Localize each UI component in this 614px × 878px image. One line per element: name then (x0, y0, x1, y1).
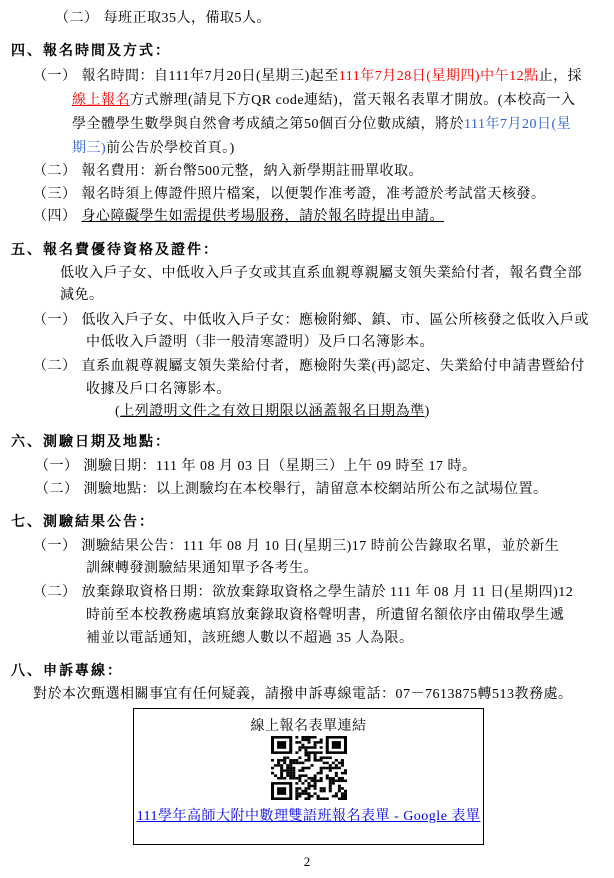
announce-date-blue-text: 期三) (72, 141, 106, 156)
online-form-box: 線上報名表單連結 111學年高師大附中數理雙語班報名表單 - Google 表單 (133, 708, 484, 845)
section-4-item-3: （三）報名時須上傳證件照片檔案，以便製作准考證，准考證於考試當天核發。 (33, 186, 546, 203)
online-form-box-title: 線上報名表單連結 (134, 715, 483, 735)
section-5-intro-line-2: 減免。 (60, 287, 104, 304)
item-text: 測驗結果公告：111 年 08 月 10 日(星期三)17 時前公告錄取名單，並… (82, 539, 560, 554)
item-text: 測驗日期：111 年 08 月 03 日（星期三）上午 09 時至 17 時。 (84, 459, 477, 474)
section-7-item-2-line-1: （二）放棄錄取資格日期：欲放棄錄取資格之學生請於 111 年 08 月 11 日… (33, 584, 573, 601)
item-label: （二） (55, 11, 99, 26)
note-text-underlined: 上列證明文件之有效日期限以涵蓋報名日期為準 (120, 404, 425, 419)
item-label: （一） (33, 539, 77, 554)
item-text: 報名時間：自111年7月20日(星期三)起至 (82, 69, 339, 84)
page-number: 2 (0, 854, 614, 870)
section-7-item-1-line-2: 訓練轉發測驗結果通知單予各考生。 (86, 560, 318, 577)
item-text: 放棄錄取資格日期：欲放棄錄取資格之學生請於 111 年 08 月 11 日(星期… (82, 585, 574, 600)
note-paren: ) (425, 404, 430, 419)
section-8-heading: 八、申訴專線： (11, 663, 123, 680)
item-label: （二） (33, 359, 77, 374)
item-text: 直系血親尊親屬支領失業給付者，應檢附失業(再)認定、失業給付申請書暨給付 (82, 359, 585, 374)
item-text: 學全體學生數學與自然會考成績之第50個百分位數成績，將於 (72, 117, 464, 132)
section-4-item-1-line-4: 期三)前公告於學校首頁。) (72, 140, 235, 157)
announce-date-blue-text: 111年7月20日(星 (464, 117, 571, 132)
item-text: 每班正取35人，備取5人。 (104, 11, 272, 26)
section-4-item-1-line-1: （一）報名時間：自111年7月20日(星期三)起至111年7月28日(星期四)中… (33, 68, 582, 85)
section-7-item-1-line-1: （一）測驗結果公告：111 年 08 月 10 日(星期三)17 時前公告錄取名… (33, 538, 559, 555)
section-6-item-2: （二）測驗地點：以上測驗均在本校舉行，請留意本校網站所公布之試場位置。 (35, 481, 548, 498)
item-text: 報名時須上傳證件照片檔案，以便製作准考證，准考證於考試當天核發。 (82, 187, 546, 202)
section-4-item-2: （二）報名費用：新台幣500元整，納入新學期註冊單收取。 (33, 163, 423, 180)
section-4-item-4: （四）身心障礙學生如需提供考場服務，請於報名時提出申請。 (33, 208, 444, 225)
section-6-heading: 六、測驗日期及地點： (11, 434, 171, 451)
section-5-item-1-line-1: （一）低收入戶子女、中低收入戶子女：應檢附鄉、鎮、市、區公所核發之低收入戶或 (33, 312, 589, 329)
section-5-item-2-line-2: 收據及戶口名簿影本。 (86, 381, 231, 398)
item-label: （四） (33, 209, 77, 224)
section-5-intro-line-1: 低收入戶子女、中低收入戶子女或其直系血親尊親屬支領失業給付者，報名費全部 (60, 265, 582, 282)
section-7-item-2-line-2: 時前至本校教務處填寫放棄錄取資格聲明書，所遺留名額依序由備取學生遞 (86, 607, 565, 624)
item-label: （一） (33, 69, 77, 84)
item-text: 報名費用：新台幣500元整，納入新學期註冊單收取。 (82, 164, 424, 179)
deadline-red-text: 111年7月28日(星期四)中午12點 (339, 69, 539, 84)
item-text: 方式辦理(請見下方QR code連結)，當天報名表單才開放。(本校高一入 (130, 93, 575, 108)
document-page: （二）每班正取35人，備取5人。 四、報名時間及方式： （一）報名時間：自111… (0, 0, 614, 878)
item-text: 前公告於學校首頁。) (106, 141, 235, 156)
section-5-item-2-line-1: （二）直系血親尊親屬支領失業給付者，應檢附失業(再)認定、失業給付申請書暨給付 (33, 358, 585, 375)
section-4-item-1-line-3: 學全體學生數學與自然會考成績之第50個百分位數成績，將於111年7月20日(星 (72, 116, 571, 133)
item-text: 低收入戶子女、中低收入戶子女：應檢附鄉、鎮、市、區公所核發之低收入戶或 (82, 313, 590, 328)
section-4-heading: 四、報名時間及方式： (11, 43, 171, 60)
item-text: 止，採 (539, 69, 583, 84)
section-5-item-1-line-2: 中低收入戶證明（非一般清寒證明）及戶口名簿影本。 (86, 334, 434, 351)
section-7-heading: 七、測驗結果公告： (11, 514, 155, 531)
online-registration-red-text: 線上報名 (72, 93, 130, 108)
form-link-line: 111學年高師大附中數理雙語班報名表單 - Google 表單 (134, 805, 483, 825)
item-label: （三） (33, 187, 77, 202)
item-text-underlined: 身心障礙學生如需提供考場服務，請於報名時提出申請。 (82, 209, 445, 224)
section-5-heading: 五、報名費優待資格及證件： (11, 242, 219, 259)
google-form-link[interactable]: 111學年高師大附中數理雙語班報名表單 - Google 表單 (137, 809, 481, 824)
item-label: （二） (33, 164, 77, 179)
item-label: （一） (33, 313, 77, 328)
section-5-note: (上列證明文件之有效日期限以涵蓋報名日期為準) (115, 403, 430, 420)
item-label: （一） (35, 459, 79, 474)
section-7-item-2-line-3: 補並以電話通知，該班總人數以不超過 35 人為限。 (86, 630, 414, 647)
item-prev: （二）每班正取35人，備取5人。 (55, 10, 271, 27)
section-8-text: 對於本次甄選相關事宜有任何疑義，請撥申訴專線電話：07－7613875轉513教… (33, 686, 573, 703)
item-label: （二） (35, 482, 79, 497)
item-text: 測驗地點：以上測驗均在本校舉行，請留意本校網站所公布之試場位置。 (84, 482, 548, 497)
section-4-item-1-line-2: 線上報名方式辦理(請見下方QR code連結)，當天報名表單才開放。(本校高一入 (72, 92, 575, 109)
item-label: （二） (33, 585, 77, 600)
qr-code-icon (271, 736, 347, 800)
section-6-item-1: （一）測驗日期：111 年 08 月 03 日（星期三）上午 09 時至 17 … (35, 458, 476, 475)
